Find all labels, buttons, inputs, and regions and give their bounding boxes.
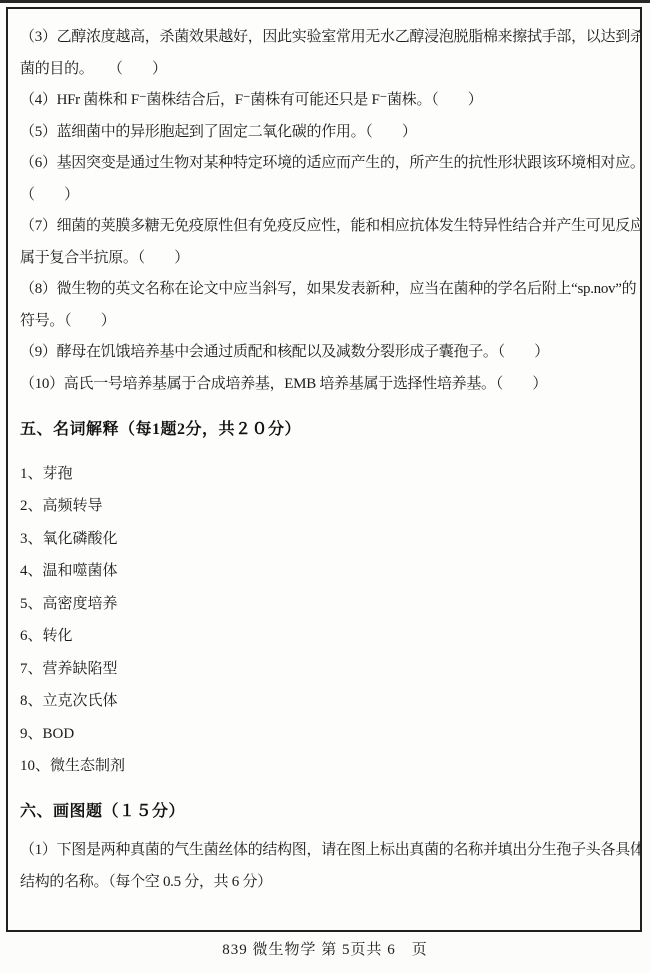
section-six-heading: 六、画图题（１５分） — [20, 796, 634, 828]
tf-item-5-line-1: （5）蓝细菌中的异形胞起到了固定二氧化碳的作用。（ ） — [20, 117, 634, 149]
tf-item-8-line-2: 符号。（ ） — [20, 306, 634, 338]
tf-item-7-line-2: 属于复合半抗原。（ ） — [20, 243, 634, 275]
scan-edge-artifact — [0, 0, 650, 3]
drawing-question-line-2: 结构的名称。（每个空 0.5 分，共 6 分） — [20, 867, 634, 899]
tf-item-3-line-1: （3）乙醇浓度越高，杀菌效果越好，因此实验室常用无水乙醇浸泡脱脂棉来擦拭手部，以… — [20, 22, 634, 54]
tf-item-7-line-1: （7）细菌的荚膜多糖无免疫原性但有免疫反应性，能和相应抗体发生特异性结合并产生可… — [20, 211, 634, 243]
section-five-heading: 五、名词解释（每1题2分，共２０分） — [20, 414, 634, 446]
tf-item-6-line-2: （ ） — [20, 180, 634, 212]
term-item-8: 8、立克次氏体 — [20, 685, 634, 718]
tf-item-3-line-2: 菌的目的。 （ ） — [20, 54, 634, 86]
term-item-5: 5、高密度培养 — [20, 588, 634, 621]
term-item-7: 7、营养缺陷型 — [20, 653, 634, 686]
page-border-frame: （3）乙醇浓度越高，杀菌效果越好，因此实验室常用无水乙醇浸泡脱脂棉来擦拭手部，以… — [6, 7, 642, 932]
term-item-10: 10、微生态制剂 — [20, 750, 634, 783]
tf-item-9-line-1: （9）酵母在饥饿培养基中会通过质配和核配以及减数分裂形成子囊孢子。（ ） — [20, 337, 634, 369]
drawing-question: （1）下图是两种真菌的气生菌丝体的结构图，请在图上标出真菌的名称并填出分生孢子头… — [20, 835, 634, 898]
tf-item-8-line-1: （8）微生物的英文名称在论文中应当斜写，如果发表新种，应当在菌种的学名后附上“s… — [20, 274, 634, 306]
term-item-1: 1、芽孢 — [20, 458, 634, 491]
term-item-4: 4、温和噬菌体 — [20, 555, 634, 588]
term-item-9: 9、BOD — [20, 718, 634, 751]
tf-item-4-line-1: （4）HFr 菌株和 F⁻菌株结合后，F⁻菌株有可能还只是 F⁻菌株。（ ） — [20, 85, 634, 117]
term-item-2: 2、高频转导 — [20, 490, 634, 523]
drawing-question-line-1: （1）下图是两种真菌的气生菌丝体的结构图，请在图上标出真菌的名称并填出分生孢子头… — [20, 835, 634, 867]
terms-list: 1、芽孢 2、高频转导 3、氧化磷酸化 4、温和噬菌体 5、高密度培养 6、转化… — [20, 458, 634, 783]
term-item-6: 6、转化 — [20, 620, 634, 653]
tf-item-10-line-1: （10）高氏一号培养基属于合成培养基，EMB 培养基属于选择性培养基。（ ） — [20, 369, 634, 401]
page-footer: 839 微生物学 第 5页共 6 页 — [0, 938, 650, 962]
scanned-exam-page: （3）乙醇浓度越高，杀菌效果越好，因此实验室常用无水乙醇浸泡脱脂棉来擦拭手部，以… — [0, 0, 650, 973]
tf-item-6-line-1: （6）基因突变是通过生物对某种特定环境的适应而产生的，所产生的抗性形状跟该环境相… — [20, 148, 634, 180]
term-item-3: 3、氧化磷酸化 — [20, 523, 634, 556]
